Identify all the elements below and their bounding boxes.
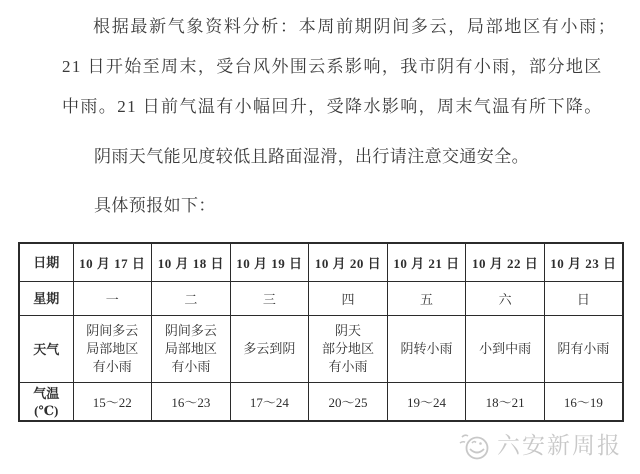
row-label-weather: 天气 bbox=[19, 316, 73, 383]
travel-safety-notice: 阴雨天气能见度较低且路面湿滑，出行请注意交通安全。 bbox=[94, 147, 529, 166]
weekday-cell: 三 bbox=[230, 282, 309, 316]
table-row-temperature: 气温 (℃) 15～22 16～23 17～24 20～25 19～24 18～… bbox=[19, 383, 623, 422]
row-label-temperature: 气温 (℃) bbox=[19, 383, 73, 422]
brand-name: 六安新周报 bbox=[497, 431, 622, 461]
row-label-weekday: 星期 bbox=[19, 282, 73, 316]
temperature-cell: 16～19 bbox=[544, 383, 623, 422]
weekday-cell: 二 bbox=[152, 282, 231, 316]
date-cell: 10 月 23 日 bbox=[544, 243, 623, 282]
weekday-cell: 四 bbox=[309, 282, 388, 316]
weather-cell: 阴间多云 局部地区 有小雨 bbox=[73, 316, 152, 383]
temperature-cell: 16～23 bbox=[152, 383, 231, 422]
date-cell: 10 月 19 日 bbox=[230, 243, 309, 282]
row-label-date: 日期 bbox=[19, 243, 73, 282]
date-cell: 10 月 20 日 bbox=[309, 243, 388, 282]
brand-watermark: 六安新周报 bbox=[458, 430, 622, 462]
date-cell: 10 月 17 日 bbox=[73, 243, 152, 282]
date-cell: 10 月 21 日 bbox=[387, 243, 466, 282]
weather-cell: 阴天 部分地区 有小雨 bbox=[309, 316, 388, 383]
forecast-summary-line1: 根据最新气象资料分析：本周前期阴间多云，局部地区有小雨； bbox=[93, 17, 617, 36]
temperature-cell: 15～22 bbox=[73, 383, 152, 422]
temperature-cell: 20～25 bbox=[309, 383, 388, 422]
date-cell: 10 月 22 日 bbox=[466, 243, 545, 282]
weather-cell: 小到中雨 bbox=[466, 316, 545, 383]
weekday-cell: 六 bbox=[466, 282, 545, 316]
temperature-cell: 17～24 bbox=[230, 383, 309, 422]
weather-cell: 阴有小雨 bbox=[544, 316, 623, 383]
temperature-cell: 18～21 bbox=[466, 383, 545, 422]
forecast-summary-line2: 21 日开始至周末，受台风外围云系影响，我市阴有小雨，部分地区 bbox=[62, 57, 603, 76]
table-row-weekday: 星期 一 二 三 四 五 六 日 bbox=[19, 282, 623, 316]
weather-forecast-document: 根据最新气象资料分析：本周前期阴间多云，局部地区有小雨； 21 日开始至周末，受… bbox=[0, 0, 640, 474]
weekday-cell: 一 bbox=[73, 282, 152, 316]
table-row-weather: 天气 阴间多云 局部地区 有小雨 阴间多云 局部地区 有小雨 多云到阴 阴天 部… bbox=[19, 316, 623, 383]
forecast-summary-line3: 中雨。21 日前气温有小幅回升，受降水影响，周末气温有所下降。 bbox=[62, 97, 603, 116]
temperature-cell: 19～24 bbox=[387, 383, 466, 422]
weather-cell: 阴间多云 局部地区 有小雨 bbox=[152, 316, 231, 383]
weekday-cell: 五 bbox=[387, 282, 466, 316]
smiley-face-icon bbox=[458, 430, 492, 462]
forecast-table: 日期 10 月 17 日 10 月 18 日 10 月 19 日 10 月 20… bbox=[18, 242, 624, 422]
weekday-cell: 日 bbox=[544, 282, 623, 316]
weather-cell: 多云到阴 bbox=[230, 316, 309, 383]
weather-cell: 阴转小雨 bbox=[387, 316, 466, 383]
date-cell: 10 月 18 日 bbox=[152, 243, 231, 282]
table-row-date: 日期 10 月 17 日 10 月 18 日 10 月 19 日 10 月 20… bbox=[19, 243, 623, 282]
table-intro-line: 具体预报如下： bbox=[94, 196, 216, 215]
